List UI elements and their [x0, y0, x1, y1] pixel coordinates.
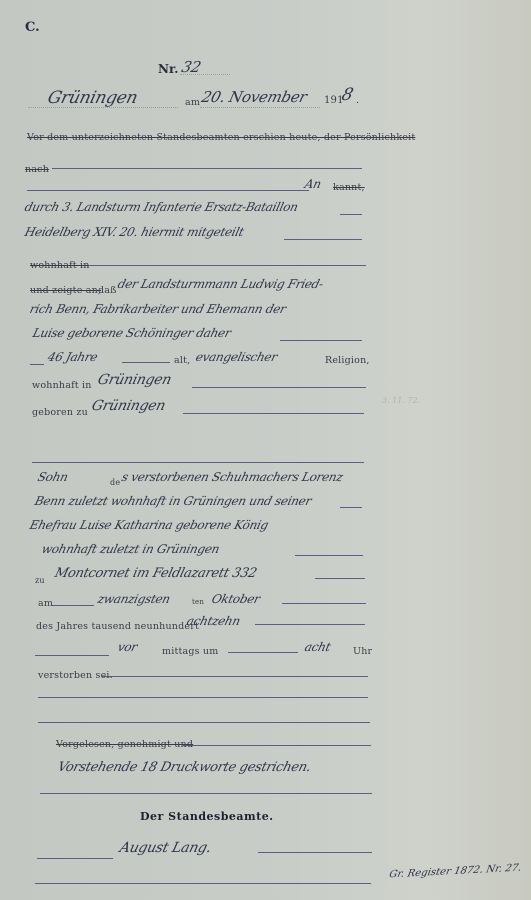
form-line: [35, 883, 371, 884]
margin-note: Gr. Register 1872. Nr. 27.: [388, 863, 522, 881]
parents-line-2: Benn zuletzt wohnhaft in Grüningen und s…: [33, 494, 313, 508]
form-line: [27, 190, 309, 191]
struck-zeigte-an: und zeigte an,: [30, 285, 101, 296]
geboren-label: geboren zu: [32, 407, 88, 418]
mittags-label: mittags um: [162, 646, 218, 657]
age-value: 46 Jahre: [46, 350, 99, 364]
form-line: [255, 624, 365, 625]
des-jahres-label: des Jahres tausend neunhundert: [36, 621, 199, 632]
record-number-label: Nr.: [158, 62, 178, 76]
religion-value: evangelischer: [194, 350, 278, 364]
form-line: [258, 852, 372, 853]
wohnhaft-label: wohnhaft in: [32, 380, 92, 391]
form-line: [340, 214, 362, 215]
form-line: [295, 555, 363, 556]
form-line: [90, 265, 366, 266]
remark-value: Vorstehende 18 Druckworte gestrichen.: [56, 760, 312, 775]
uhr-label: Uhr: [353, 646, 372, 657]
death-day-value: zwanzigsten: [96, 592, 171, 606]
form-line: [183, 745, 371, 746]
form-line: [228, 652, 298, 653]
struck-wohnhaft: wohnhaft in: [30, 260, 90, 271]
death-register-page: C. Nr. 32 Grüningen am 20. November 191 …: [0, 0, 531, 900]
struck-kannt: kannt,: [333, 182, 365, 193]
pencil-note: 3. 11. 72.: [382, 396, 420, 405]
struck-nach: nach: [25, 164, 49, 175]
zu-label: zu: [35, 576, 45, 585]
death-year-value: achtzehn: [185, 614, 241, 628]
record-number-dotline: [180, 74, 230, 75]
informant-line-2: Heidelberg XIV. 20. hiermit mitgeteilt: [23, 225, 245, 239]
death-month-value: Oktober: [210, 592, 261, 606]
struck-kannt-prefix: An: [303, 177, 322, 191]
form-line: [102, 676, 368, 677]
form-line: [282, 603, 366, 604]
series-letter: C.: [25, 20, 40, 35]
birthplace-value: Grüningen: [90, 398, 167, 414]
form-line: [40, 793, 372, 794]
alt-label: alt,: [174, 355, 190, 366]
am-label: am: [38, 598, 53, 609]
form-line: [35, 655, 109, 656]
informant-line-1: durch 3. Landsturm Infanterie Ersatz-Bat…: [23, 200, 299, 214]
ten-label: ten: [192, 598, 204, 606]
parents-relation: Sohn: [36, 470, 69, 484]
date-prefix: am: [185, 97, 200, 108]
parents-line-4: wohnhaft zuletzt in Grüningen: [40, 542, 221, 556]
signature-heading: Der Standesbeamte.: [140, 810, 274, 823]
year-suffix: 8: [340, 85, 356, 105]
residence-value: Grüningen: [96, 372, 173, 388]
registrar-signature: August Lang.: [118, 840, 213, 856]
time-hour-value: acht: [303, 640, 332, 654]
religion-label: Religion,: [325, 355, 370, 366]
form-line: [32, 462, 364, 463]
deceased-line-2: rich Benn, Fabrikarbeiter und Ehemann de…: [28, 302, 287, 316]
struck-intro: Vor dem unterzeichneten Standesbeamten e…: [27, 132, 415, 143]
death-place-value: Montcornet im Feldlazarett 332: [53, 566, 258, 581]
year-end: .: [356, 95, 359, 106]
registry-date: 20. November: [200, 88, 309, 106]
form-line: [38, 722, 370, 723]
form-line: [30, 364, 44, 365]
parents-line-3: Ehefrau Luise Katharina geborene König: [28, 518, 270, 532]
form-line: [52, 168, 362, 169]
form-line: [340, 507, 362, 508]
place-dotline: [28, 107, 178, 108]
parents-line-1: s verstorbenen Schuhmachers Lorenz: [120, 470, 344, 484]
form-line: [183, 413, 364, 414]
form-line: [192, 387, 366, 388]
form-line: [280, 340, 362, 341]
form-line: [38, 697, 368, 698]
form-line: [37, 858, 113, 859]
dass-label: daß: [98, 285, 117, 296]
form-line: [284, 239, 362, 240]
form-line: [122, 362, 170, 363]
form-line: [52, 605, 94, 606]
registry-place: Grüningen: [46, 88, 140, 108]
date-dotline: [200, 107, 320, 108]
deceased-line-1: der Landsturmmann Ludwig Fried-: [116, 277, 324, 291]
form-line: [315, 578, 365, 579]
deceased-line-3: Luise geborene Schöninger daher: [31, 326, 232, 340]
time-part-value: vor: [116, 640, 138, 654]
de-label: de: [110, 478, 120, 487]
struck-vorgelesen: Vorgelesen, genehmigt und: [56, 739, 193, 750]
